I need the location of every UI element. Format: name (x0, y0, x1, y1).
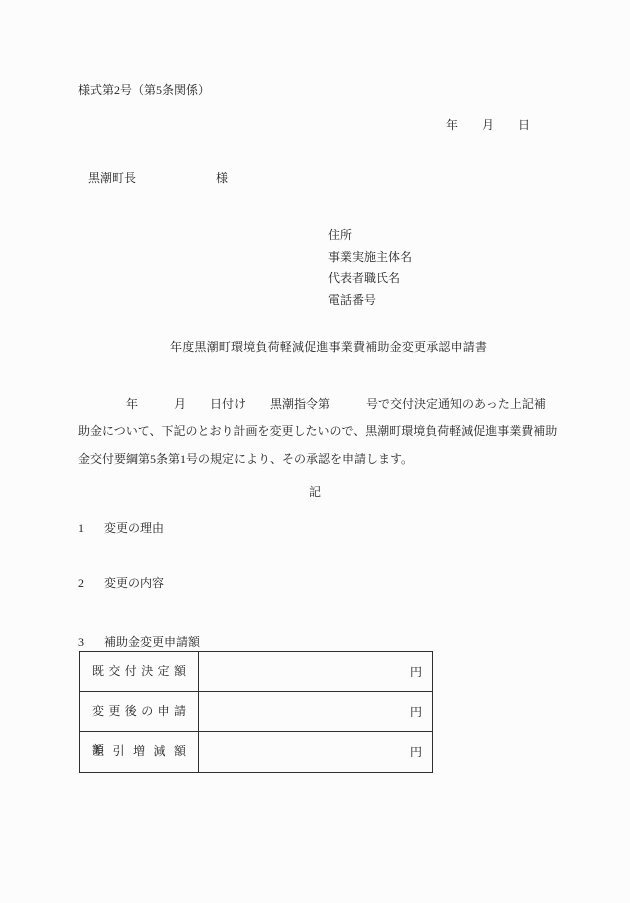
row-label-net-difference-amount: 差 引 増 減 額 (80, 732, 199, 772)
currency-unit: 円 (410, 706, 422, 718)
body-paragraph-line-3: 金交付要綱第5条第1号の規定により、その承認を申請します。 (78, 453, 413, 465)
applicant-field-phone: 電話番号 (328, 294, 412, 306)
currency-unit: 円 (410, 666, 422, 678)
section-label: 変更の内容 (104, 576, 164, 590)
section-change-reason: 1変更の理由 (78, 522, 164, 534)
section-amount-application: 3補助金変更申請額 (78, 636, 200, 648)
table-row-after-change-amount: 変 更 後 の 申 請 額 円 (80, 692, 432, 732)
applicant-field-representative: 代表者職氏名 (328, 272, 412, 284)
row-value-after-change-amount: 円 (199, 692, 432, 731)
section-label: 変更の理由 (104, 521, 164, 535)
addressee-title: 黒潮町長 (88, 171, 136, 185)
applicant-field-entity-name: 事業実施主体名 (328, 251, 412, 263)
section-change-content: 2変更の内容 (78, 577, 164, 589)
row-label-decided-amount: 既 交 付 決 定 額 (80, 652, 199, 691)
applicant-field-address: 住所 (328, 229, 412, 241)
row-value-net-difference-amount: 円 (199, 732, 432, 772)
row-label-after-change-amount: 変 更 後 の 申 請 額 (80, 692, 199, 731)
applicant-block: 住所 事業実施主体名 代表者職氏名 電話番号 (328, 229, 412, 315)
section-number: 3 (78, 635, 84, 649)
record-heading: 記 (0, 486, 630, 498)
section-number: 1 (78, 521, 84, 535)
addressee-honorific: 様 (216, 171, 228, 185)
body-paragraph-line-2: 助金について、下記のとおり計画を変更したいので、黒潮町環境負荷軽減促進事業費補助 (78, 425, 557, 437)
form-number: 様式第2号（第5条関係） (78, 84, 210, 96)
addressee-line: 黒潮町長様 (88, 172, 228, 184)
row-value-decided-amount: 円 (199, 652, 432, 691)
date-line: 年 月 日 (446, 119, 530, 131)
application-form-page: 様式第2号（第5条関係） 年 月 日 黒潮町長様 住所 事業実施主体名 代表者職… (0, 0, 630, 903)
body-paragraph-line-1: 年 月 日付け 黒潮指令第 号で交付決定通知のあった上記補 (78, 398, 546, 410)
currency-unit: 円 (410, 746, 422, 758)
amount-table: 既 交 付 決 定 額 円 変 更 後 の 申 請 額 円 差 引 増 減 額 … (79, 651, 433, 773)
section-label: 補助金変更申請額 (104, 635, 200, 649)
document-title: 年度黒潮町環境負荷軽減促進事業費補助金変更承認申請書 (170, 341, 487, 353)
table-row-decided-amount: 既 交 付 決 定 額 円 (80, 652, 432, 692)
section-number: 2 (78, 576, 84, 590)
table-row-net-difference-amount: 差 引 増 減 額 円 (80, 732, 432, 772)
